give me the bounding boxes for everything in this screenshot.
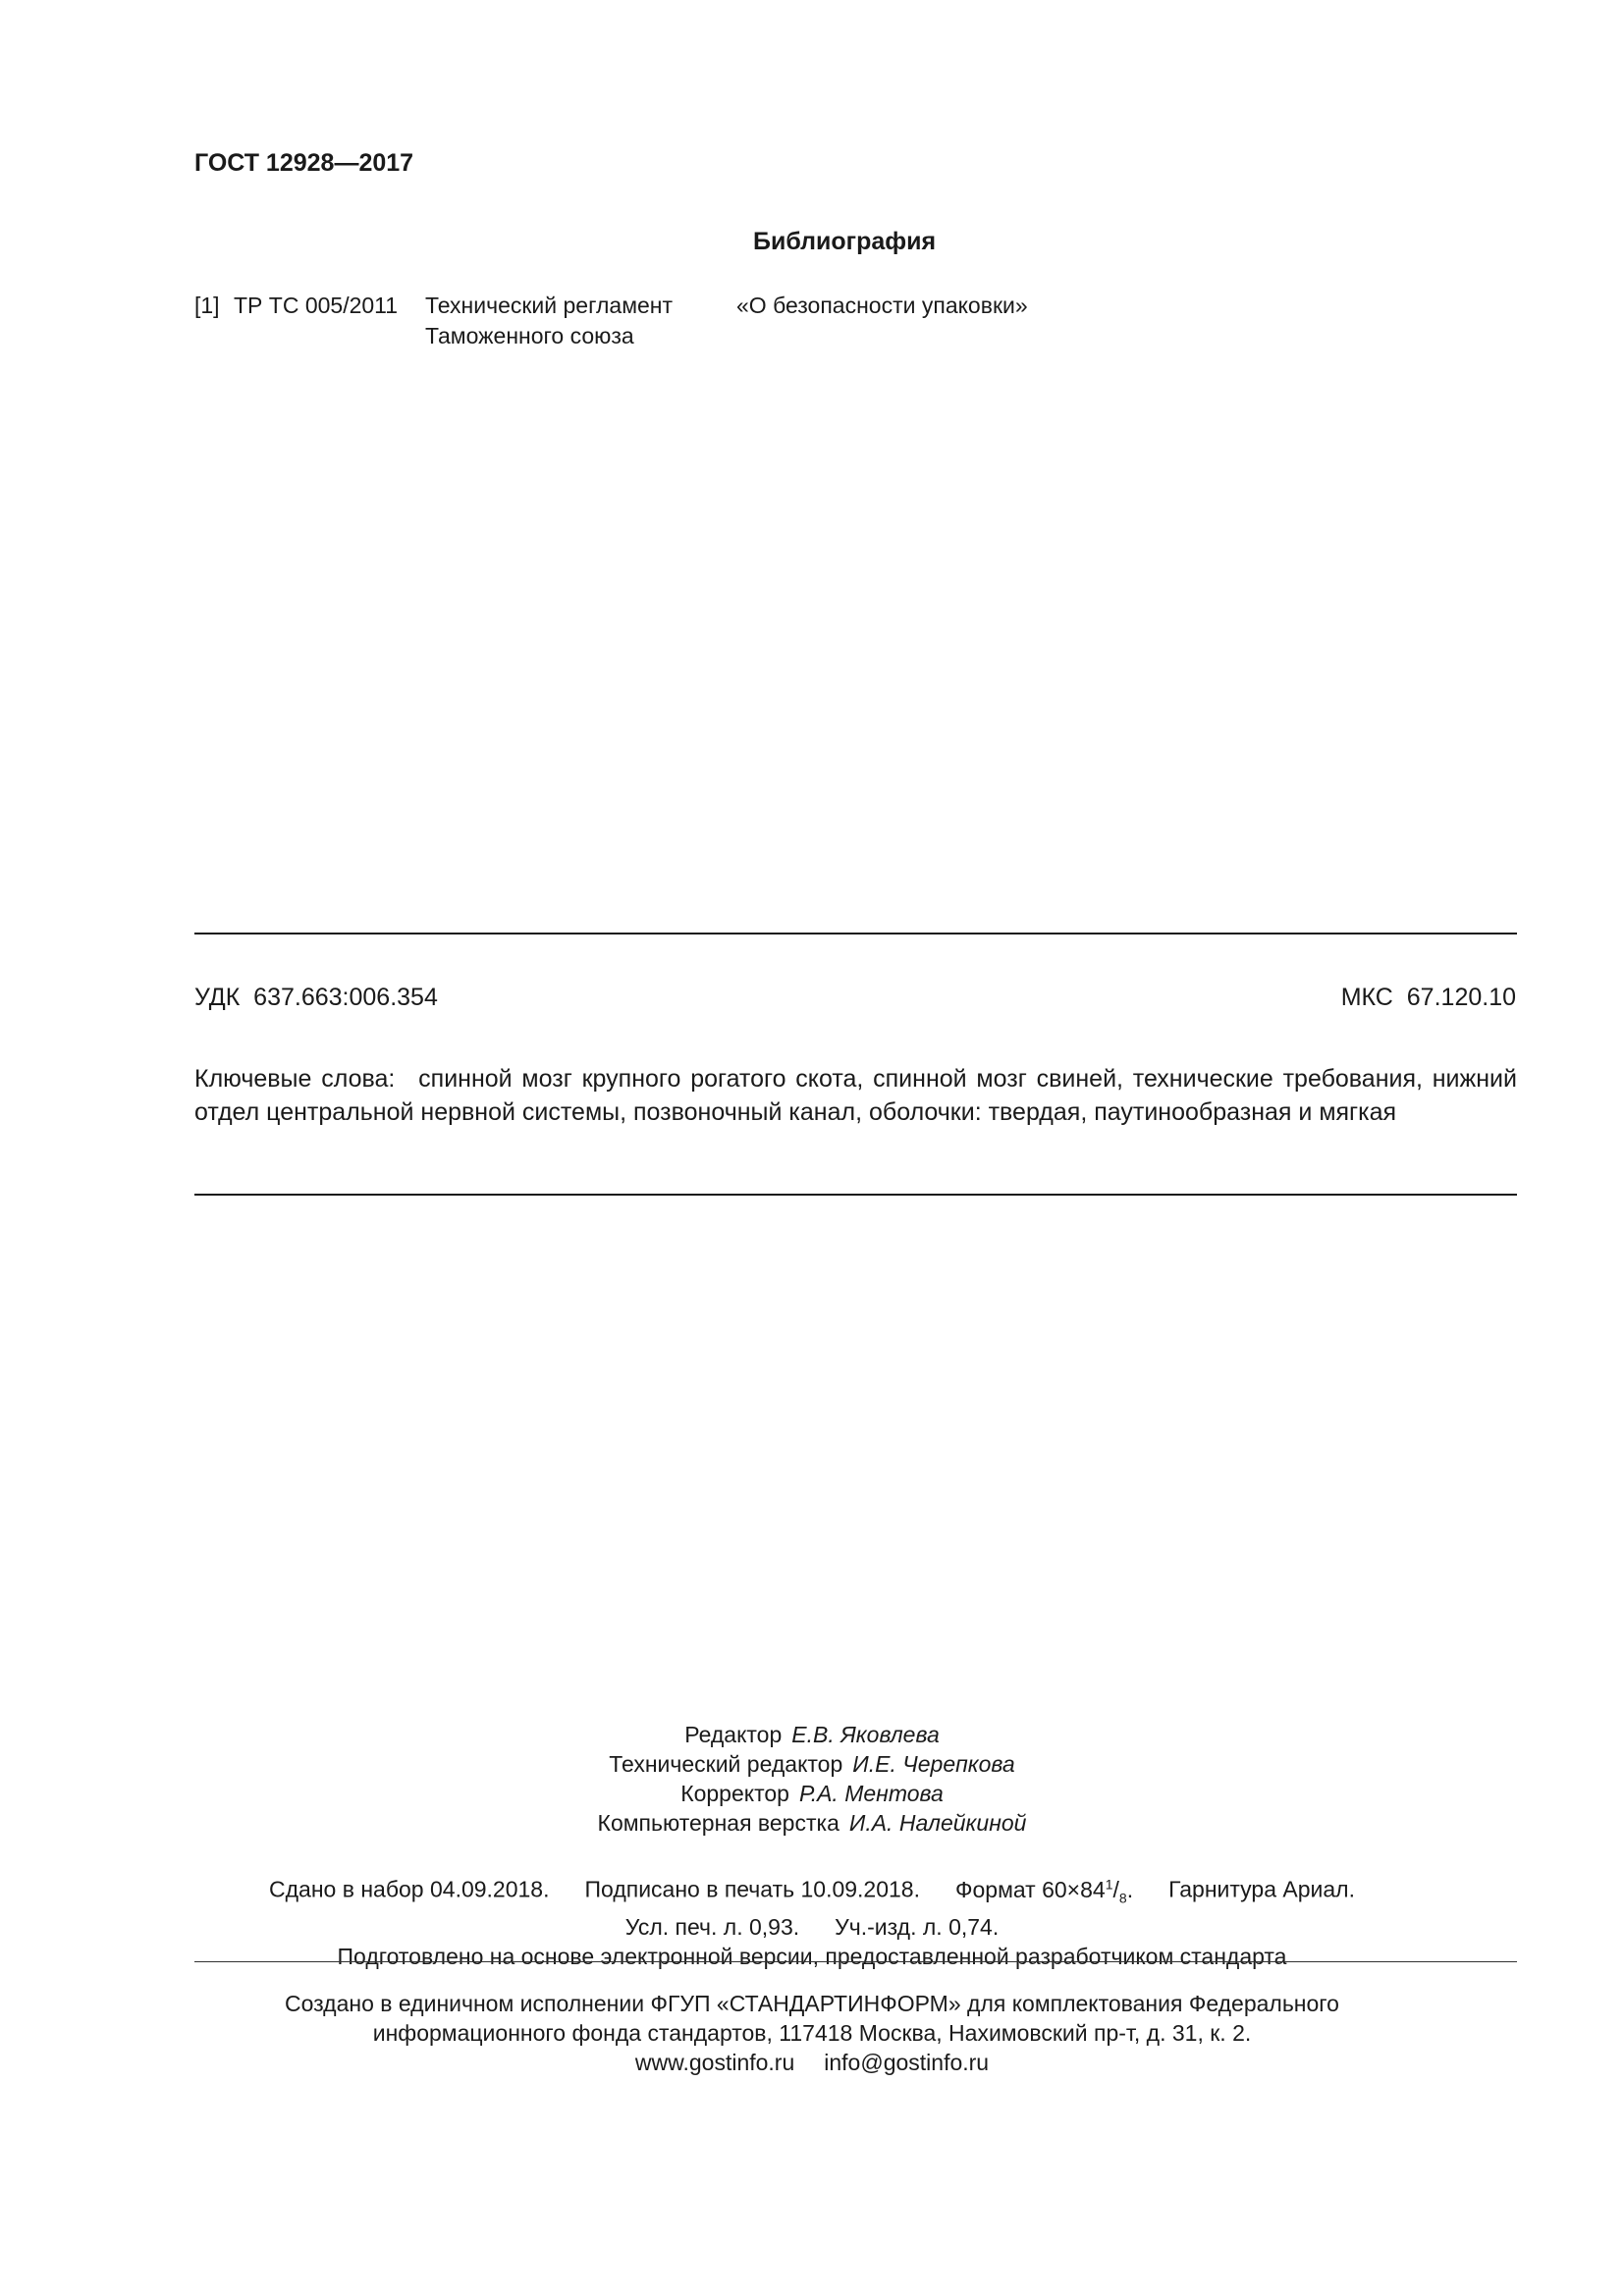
divider-keywords [194,1194,1517,1196]
udk-label: УДК [194,984,240,1011]
credit-tech-editor: Технический редакторИ.Е. Черепкова [0,1749,1624,1779]
format-prefix: Формат 60×84 [955,1877,1106,1902]
footer-line-1: Создано в единичном исполнении ФГУП «СТА… [0,1989,1624,2018]
publication-info: Сдано в набор 04.09.2018.Подписано в печ… [0,1869,1624,1971]
mks-code: МКС 67.120.10 [1341,984,1516,1012]
udk-code: УДК 637.663:006.354 [194,984,438,1012]
prepared-note: Подготовлено на основе электронной верси… [0,1942,1624,1971]
print-sheets: Усл. печ. л. 0,93. [625,1914,799,1940]
credit-role: Технический редактор [609,1751,842,1777]
footer: Создано в единичном исполнении ФГУП «СТА… [0,1989,1624,2077]
credit-role: Корректор [680,1781,789,1806]
reference-code: ТР ТС 005/2011 [234,293,398,319]
credit-person: И.А. Налейкиной [849,1810,1027,1836]
format-numerator: 1 [1106,1876,1113,1892]
reference-type-continued: Таможенного союза [425,323,634,349]
credit-layout: Компьютерная версткаИ.А. Налейкиной [0,1808,1624,1838]
publication-line-2: Усл. печ. л. 0,93.Уч.-изд. л. 0,74. [0,1912,1624,1942]
credits-block: РедакторЕ.В. Яковлева Технический редакт… [0,1720,1624,1838]
divider-top [194,933,1517,934]
credit-person: Е.В. Яковлева [791,1722,939,1747]
document-code: ГОСТ 12928—2017 [194,149,413,178]
keywords: Ключевые слова: спинной мозг крупного ро… [194,1062,1517,1129]
format: Формат 60×841/8. [955,1877,1133,1902]
udk-value: 637.663:006.354 [253,984,438,1011]
signed-date: Подписано в печать 10.09.2018. [585,1877,921,1902]
reference-type: Технический регламент [425,293,673,319]
publication-line-1: Сдано в набор 04.09.2018.Подписано в печ… [0,1869,1624,1912]
credit-role: Редактор [684,1722,782,1747]
typeset-date: Сдано в набор 04.09.2018. [269,1877,549,1902]
format-denominator: 8 [1119,1890,1127,1905]
typeface: Гарнитура Ариал. [1168,1877,1355,1902]
keywords-label: Ключевые слова: [194,1065,395,1093]
reference-number: [1] [194,293,220,319]
footer-line-2: информационного фонда стандартов, 117418… [0,2018,1624,2048]
footer-contacts: www.gostinfo.ruinfo@gostinfo.ru [0,2048,1624,2077]
mks-label: МКС [1341,984,1393,1011]
divider-footer [194,1961,1517,1962]
credit-role: Компьютерная верстка [598,1810,839,1836]
format-suffix: . [1127,1877,1133,1902]
credit-proofreader: КорректорР.А. Ментова [0,1779,1624,1808]
edition-sheets: Уч.-изд. л. 0,74. [835,1914,999,1940]
email-link[interactable]: info@gostinfo.ru [824,2050,989,2075]
credit-editor: РедакторЕ.В. Яковлева [0,1720,1624,1749]
credit-person: И.Е. Черепкова [852,1751,1014,1777]
website-link[interactable]: www.gostinfo.ru [635,2050,794,2075]
mks-value: 67.120.10 [1407,984,1516,1011]
credit-person: Р.А. Ментова [799,1781,944,1806]
reference-title: «О безопасности упаковки» [736,293,1028,319]
bibliography-title: Библиография [753,228,936,256]
